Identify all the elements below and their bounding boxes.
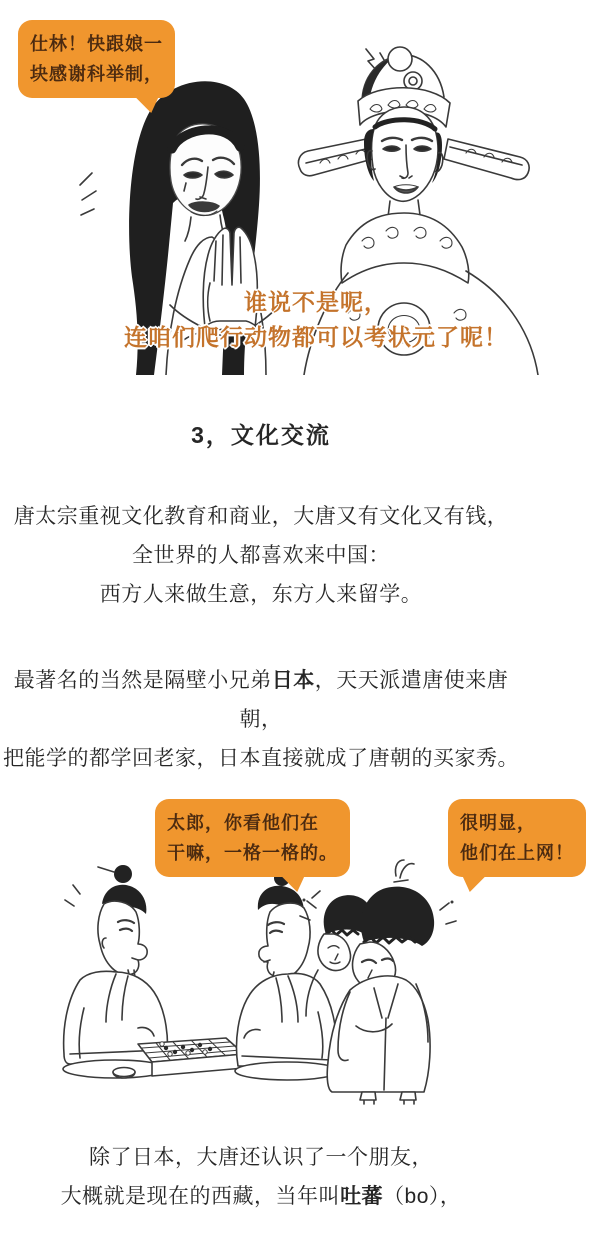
bold-term-tubo: 吐蕃	[340, 1185, 383, 1208]
caption-line: 连咱们爬行动物都可以考状元了呢！	[32, 320, 600, 355]
right-go-player	[235, 864, 339, 1080]
bubble-text-line: 太郎，你看他们在	[167, 808, 338, 838]
text-line: 最著名的当然是隔壁小兄弟日本，天天派遣唐使来唐朝，	[0, 661, 522, 739]
text-line: 除了日本，大唐还认识了一个朋友，	[0, 1138, 522, 1177]
text-line: 大概就是现在的西藏，当年叫吐蕃（bo），	[0, 1177, 522, 1216]
paragraph-japan: 最著名的当然是隔壁小兄弟日本，天天派遣唐使来唐朝， 把能学的都学回老家，日本直接…	[0, 661, 522, 778]
text-line: 西方人来做生意，东方人来留学。	[0, 575, 522, 614]
paragraph-tibet: 除了日本，大唐还认识了一个朋友， 大概就是现在的西藏，当年叫吐蕃（bo），	[0, 1138, 522, 1216]
tremble-marks	[80, 173, 96, 215]
bubble-text-line: 他们在上网！	[460, 838, 574, 868]
stone-bowl	[113, 1068, 135, 1079]
speech-bubble-mother: 仕林！快跟娘一 块感谢科举制，	[18, 20, 175, 98]
bubble-text-line: 干嘛，一格一格的。	[167, 838, 338, 868]
bubble-text-line: 仕林！快跟娘一	[30, 29, 163, 59]
go-game-illustration	[20, 858, 580, 1108]
scene-caption: 谁说不是呢， 连咱们爬行动物都可以考状元了呢！	[32, 285, 600, 355]
text-line: 全世界的人都喜欢来中国：	[0, 536, 522, 575]
text-line: 唐太宗重视文化教育和商业，大唐又有文化又有钱，	[0, 497, 522, 536]
caption-line: 谁说不是呢，	[32, 285, 600, 320]
speech-bubble-tarou: 太郎，你看他们在 干嘛，一格一格的。	[155, 799, 350, 877]
comic-article-page: 仕林！快跟娘一 块感谢科举制， 谁说不是呢， 连咱们爬行动物都可以考状元了呢！ …	[0, 0, 600, 1235]
cloud-collar	[341, 213, 469, 283]
speech-bubble-reply: 很明显， 他们在上网！	[448, 799, 586, 877]
paragraph-culture-intro: 唐太宗重视文化教育和商业，大唐又有文化又有钱， 全世界的人都喜欢来中国： 西方人…	[0, 497, 522, 614]
bubble-text-line: 块感谢科举制，	[30, 59, 163, 89]
bubble-text-line: 很明显，	[460, 808, 574, 838]
bold-term-japan: 日本	[272, 669, 315, 692]
text-line: 把能学的都学回老家，日本直接就成了唐朝的买家秀。	[0, 739, 522, 778]
section-heading: 3，文化交流	[0, 417, 522, 450]
go-board	[138, 1038, 244, 1076]
